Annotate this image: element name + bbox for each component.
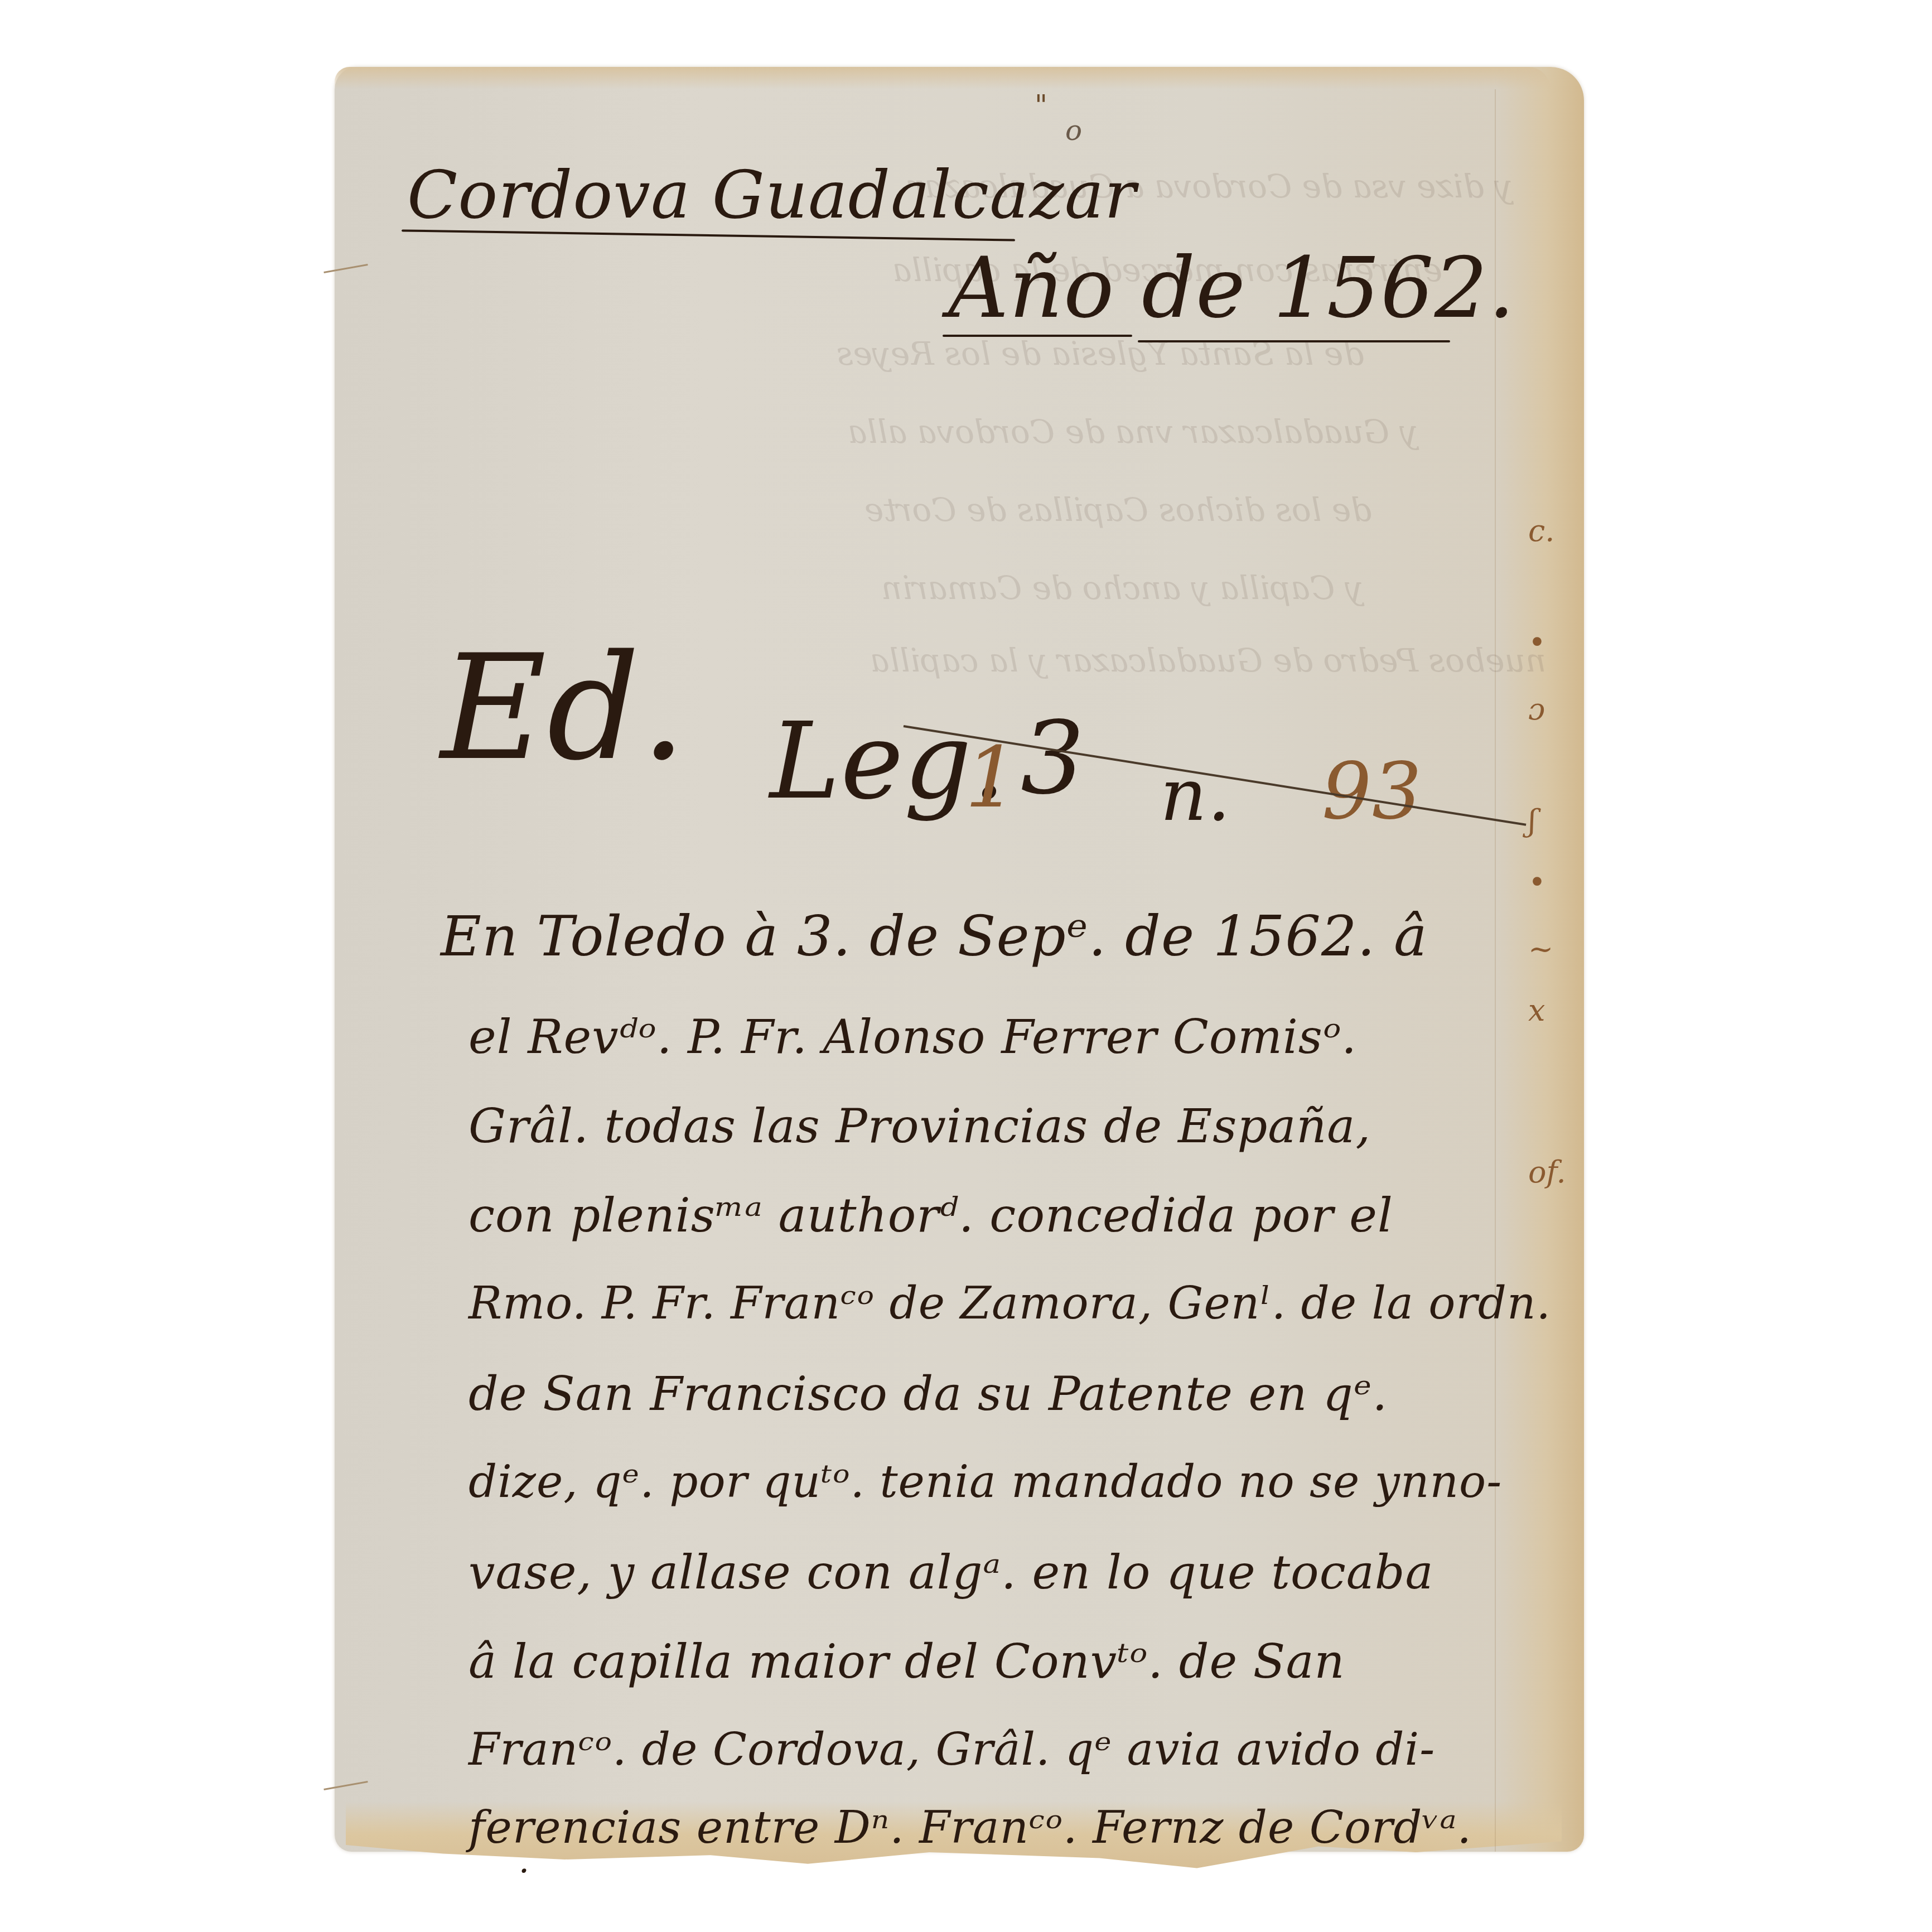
margin-note: of.: [1528, 1155, 1566, 1190]
year-underline-1: [943, 335, 1132, 337]
body-line-9: â la capilla maior del Convᵗᵒ. de San: [468, 1634, 1345, 1689]
body-line-7: dize, qᵉ. por quᵗᵒ. tenia mandado no se …: [468, 1456, 1502, 1508]
body-line-10: Franᶜᵒ. de Cordova, Grâl. qᵉ avia avido …: [468, 1723, 1435, 1775]
body-line-2: el Revᵈᵒ. P. Fr. Alonso Ferrer Comisᵒ.: [468, 1010, 1357, 1064]
top-circle-mark: o: [1065, 114, 1083, 147]
reference-prefix: Ed.: [441, 636, 687, 781]
ink-dot: ·: [519, 1852, 530, 1891]
header-place: Cordova Guadalcazar: [407, 156, 1136, 233]
binding-thread: [323, 1781, 368, 1790]
body-line-5: Rmo. P. Fr. Franᶜᵒ de Zamora, Genˡ. de l…: [468, 1277, 1551, 1329]
body-line-3: Grâl. todas las Provincias de España,: [468, 1099, 1371, 1153]
body-line-6: de San Francisco da su Patente en qᵉ.: [468, 1366, 1388, 1421]
margin-note: ~: [1528, 931, 1553, 967]
margin-note: ɔ: [1528, 692, 1545, 727]
margin-note: x: [1528, 993, 1545, 1028]
body-line-4: con plenisᵐᵃ authorᵈ. concedida por el: [468, 1188, 1393, 1243]
margin-note: •: [1528, 864, 1546, 900]
body-line-11: ferencias entre Dⁿ. Franᶜᵒ. Fernz de Cor…: [468, 1801, 1472, 1853]
reference-leg-struck: 1: [965, 736, 1018, 820]
header-year: Año de 1562.: [948, 240, 1515, 337]
bleed-through-line: y Capilla y ancho de Camarin: [881, 569, 1363, 607]
margin-note: c.: [1528, 513, 1554, 548]
margin-note: ʃ: [1528, 803, 1537, 838]
reference-num-value: 93: [1322, 753, 1422, 831]
bleed-through-line: nuebos Pedro de Guadalcazar y la capilla: [870, 641, 1546, 679]
bleed-through-line: y Guadalcazar vna de Cordova alla: [848, 413, 1418, 451]
body-line-1: En Toledo à 3. de Sepᵉ. de 1562. â: [441, 904, 1428, 969]
manuscript-page: y dize vsa de Cordova a Guadalcazar entr…: [335, 67, 1584, 1852]
top-quote-mark: ": [1035, 89, 1048, 122]
margin-note: •: [1528, 625, 1546, 660]
reference-leg-number: 3: [1021, 708, 1085, 809]
fold-line: [1495, 89, 1496, 1852]
page-top-edge-stain: [335, 67, 1551, 89]
binding-thread: [323, 264, 368, 273]
year-underline-2: [1138, 340, 1450, 342]
bleed-through-line: de los dichos Capillas de Corte: [864, 491, 1371, 529]
body-line-8: vase, y allase con algᵃ. en lo que tocab…: [468, 1545, 1434, 1600]
